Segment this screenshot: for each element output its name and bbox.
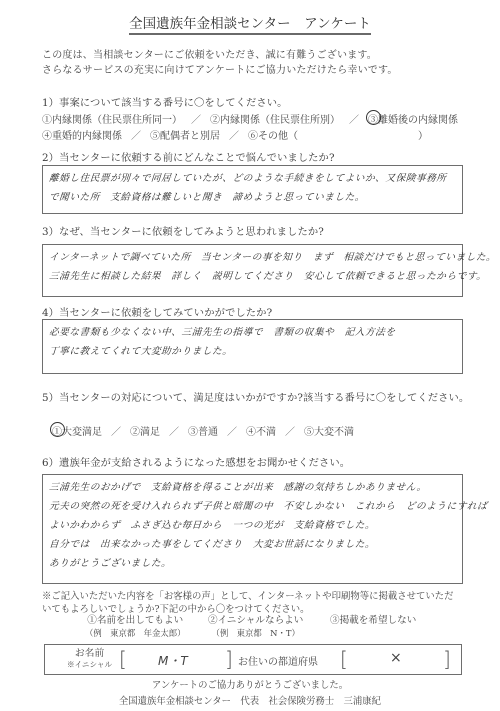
separator: ／ bbox=[131, 127, 141, 142]
separator: ／ bbox=[191, 111, 201, 126]
thanks-message: アンケートのご協力ありがとうございました。 bbox=[0, 677, 500, 691]
q6-answer-line: よいかわからず ふさぎ込む毎日から 一つの光が 支給資格でした。 bbox=[48, 516, 456, 535]
publication-option-1[interactable]: ①名前を出してもよい （例 東京都 年金太郎） bbox=[85, 615, 186, 639]
q1-question: 1）事案について該当する番号に〇をしてください。 bbox=[42, 94, 288, 109]
publication-note: ※ご記入いただいた内容を「お客様の声」として、インターネットや印刷物等に掲載させ… bbox=[42, 590, 482, 616]
name-prefecture-box: お名前 ※イニシャル [ M・T ] お住いの都道府県 [ × ] bbox=[44, 644, 462, 675]
q5-option-5[interactable]: ⑤大変不満 bbox=[304, 423, 354, 438]
q6-answer-line: 三浦先生のおかげで 支給資格を得ることが出来 感謝の気持ちしかありません。 bbox=[48, 478, 456, 497]
q5-question: 5）当センターの対応について、満足度はいかがですか?該当する番号に〇をしてくださ… bbox=[42, 389, 469, 404]
option-label: ③掲載を希望しない bbox=[330, 615, 416, 627]
q1-options-row-1: ①内縁関係（住民票住所同一）／②内縁関係（住民票住所別）／③離婚後の内縁関係 bbox=[42, 111, 458, 126]
option-label: ①名前を出してもよい bbox=[85, 615, 186, 627]
close-bracket: ] bbox=[225, 647, 233, 671]
option-example: （例 東京都 年金太郎） bbox=[85, 627, 186, 639]
option-example: （例 東京都 N・T） bbox=[208, 627, 303, 639]
q1-option-1[interactable]: ①内縁関係（住民票住所同一） bbox=[42, 111, 182, 126]
separator: ／ bbox=[227, 423, 237, 438]
q5-option-2[interactable]: ②満足 bbox=[130, 423, 160, 438]
q2-answer-box[interactable]: 離婚し住民票が別々で同居していたが、どのような手続きをしてよいか、又保険事務所 … bbox=[42, 165, 463, 214]
prefecture-label: お住いの都道府県 bbox=[238, 653, 318, 668]
q1-option-5[interactable]: ⑤配偶者と別居 bbox=[150, 127, 220, 142]
open-bracket: [ bbox=[119, 647, 127, 671]
initial-note: ※イニシャル bbox=[67, 660, 112, 670]
q4-answer-box[interactable]: 必要な書類も少なくない中、三浦先生の指導で 書類の収集や 記入方法を 丁寧に教え… bbox=[42, 319, 463, 374]
separator: ／ bbox=[111, 423, 121, 438]
separator: ／ bbox=[285, 423, 295, 438]
q6-answer-box[interactable]: 三浦先生のおかげで 支給資格を得ることが出来 感謝の気持ちしかありません。 元夫… bbox=[42, 474, 463, 584]
q1-option-3-selected[interactable]: ③離婚後の内縁関係 bbox=[368, 111, 458, 126]
q6-question: 6）遺族年金が支給されるようになった感想をお聞かせください。 bbox=[42, 454, 350, 469]
q5-option-1-selected[interactable]: ①大変満足 bbox=[52, 423, 102, 438]
q4-answer-line: 丁寧に教えてくれて大変助かりました。 bbox=[48, 342, 456, 361]
footer-signature: 全国遺族年金相談センター 代表 社会保険労務士 三浦康紀 bbox=[0, 693, 500, 707]
survey-title: 全国遺族年金相談センター アンケート bbox=[0, 12, 500, 32]
q5-option-4[interactable]: ④不満 bbox=[246, 423, 276, 438]
q3-question: 3）なぜ、当センターに依頼をしてみようと思われましたか? bbox=[42, 223, 324, 238]
separator: ／ bbox=[229, 127, 239, 142]
q4-question: 4）当センターに依頼をしてみていかがでしたか? bbox=[42, 304, 272, 319]
q1-options-row-2: ④重婚的内縁関係／⑤配偶者と別居／⑥その他（ ） bbox=[42, 127, 428, 142]
q1-option-6[interactable]: ⑥その他（ ） bbox=[248, 127, 428, 142]
q4-answer-line: 必要な書類も少なくない中、三浦先生の指導で 書類の収集や 記入方法を bbox=[48, 323, 456, 342]
open-bracket: [ bbox=[340, 647, 348, 671]
name-value[interactable]: M・T bbox=[158, 652, 188, 669]
name-label: お名前 ※イニシャル bbox=[67, 648, 112, 670]
q2-answer-line: で聞いた所 支給資格は難しいと聞き 諦めようと思っていました。 bbox=[48, 188, 456, 207]
q1-option-2[interactable]: ②内縁関係（住民票住所別） bbox=[210, 111, 340, 126]
intro-line-2: さらなるサービスの充実に向けてアンケートにご協力いただけたら幸いです。 bbox=[42, 61, 398, 76]
prefecture-value[interactable]: × bbox=[390, 650, 402, 666]
q6-answer-line: 自分では 出来なかった事をしてくださり 大変お世話になりました。 bbox=[48, 535, 456, 554]
note-line-1: ※ご記入いただいた内容を「お客様の声」として、インターネットや印刷物等に掲載させ… bbox=[42, 590, 482, 603]
q2-question: 2）当センターに依頼する前にどんなことで悩んでいましたか? bbox=[42, 149, 335, 164]
q3-answer-line: インターネットで調べていた所 当センターの事を知り まず 相談だけでもと思ってい… bbox=[48, 248, 456, 267]
q3-answer-box[interactable]: インターネットで調べていた所 当センターの事を知り まず 相談だけでもと思ってい… bbox=[42, 244, 463, 297]
option-label: ②イニシャルならよい bbox=[208, 615, 303, 627]
close-bracket: ] bbox=[443, 647, 451, 671]
q6-answer-line: 元夫の突然の死を受け入れられず子供と暗闇の中 不安しかない これから どのように… bbox=[48, 497, 456, 516]
q5-options: ①大変満足／②満足／③普通／④不満／⑤大変不満 bbox=[52, 423, 354, 438]
q6-answer-line: ありがとうございました。 bbox=[48, 554, 456, 573]
publication-option-3[interactable]: ③掲載を希望しない bbox=[330, 615, 416, 627]
publication-option-2[interactable]: ②イニシャルならよい （例 東京都 N・T） bbox=[208, 615, 303, 639]
separator: ／ bbox=[349, 111, 359, 126]
q5-option-3[interactable]: ③普通 bbox=[188, 423, 218, 438]
separator: ／ bbox=[169, 423, 179, 438]
intro-line-1: この度は、当相談センターにご依頼をいただき、誠に有難うございます。 bbox=[42, 46, 377, 61]
q1-option-4[interactable]: ④重婚的内縁関係 bbox=[42, 127, 122, 142]
q3-answer-line: 三浦先生に相談した結果 詳しく 説明してくださり 安心して依頼できると思ったから… bbox=[48, 267, 456, 286]
name-label-text: お名前 bbox=[67, 648, 112, 660]
q2-answer-line: 離婚し住民票が別々で同居していたが、どのような手続きをしてよいか、又保険事務所 bbox=[48, 169, 456, 188]
